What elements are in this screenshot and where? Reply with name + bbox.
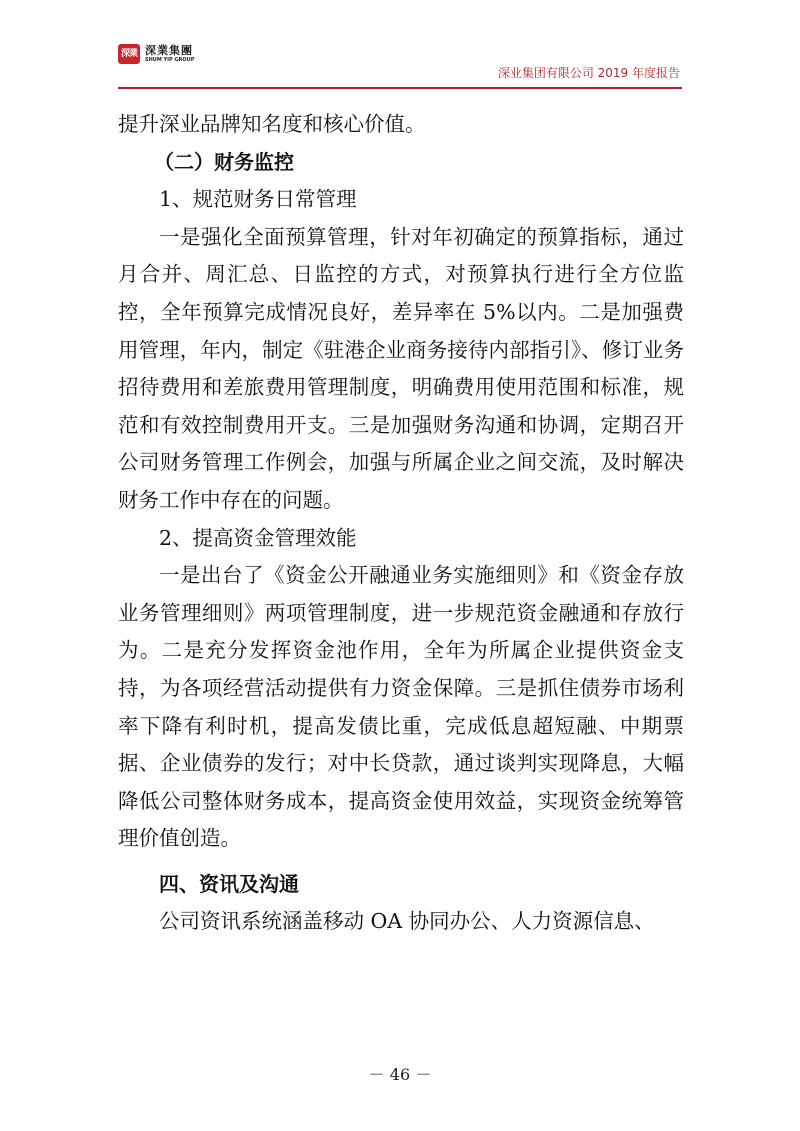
report-title: 深业集团有限公司 2019 年度报告 <box>498 64 680 81</box>
continued-text: 提升深业品牌知名度和核心价值。 <box>118 106 684 144</box>
header-divider <box>118 87 682 89</box>
chapter-heading-information-communication: 四、资讯及沟通 <box>118 866 684 904</box>
subsection-heading-daily-management: 1、规范财务日常管理 <box>118 181 684 219</box>
paragraph-fund-management: 一是出台了《资金公开融通业务实施细则》和《资金存放业务管理细则》两项管理制度，进… <box>118 557 684 858</box>
logo-wordmark: 深業集團 SHUM YIP GROUP <box>145 45 194 64</box>
page-header: 深業 深業集團 SHUM YIP GROUP 深业集团有限公司 2019 年度报… <box>118 44 682 88</box>
paragraph-daily-management: 一是强化全面预算管理，针对年初确定的预算指标，通过月合并、周汇总、日监控的方式，… <box>118 219 684 520</box>
page-body: 提升深业品牌知名度和核心价值。 （二）财务监控 1、规范财务日常管理 一是强化全… <box>118 106 684 941</box>
logo-seal-icon: 深業 <box>118 44 140 64</box>
logo-english-name: SHUM YIP GROUP <box>145 57 194 64</box>
paragraph-information-system: 公司资讯系统涵盖移动 OA 协同办公、人力资源信息、 <box>118 903 684 941</box>
subsection-heading-fund-management: 2、提高资金管理效能 <box>118 520 684 558</box>
company-logo: 深業 深業集團 SHUM YIP GROUP <box>118 44 194 64</box>
page-number: － 46 － <box>0 1062 800 1085</box>
logo-chinese-name: 深業集團 <box>145 45 194 57</box>
section-heading-financial-monitoring: （二）财务监控 <box>118 144 684 182</box>
